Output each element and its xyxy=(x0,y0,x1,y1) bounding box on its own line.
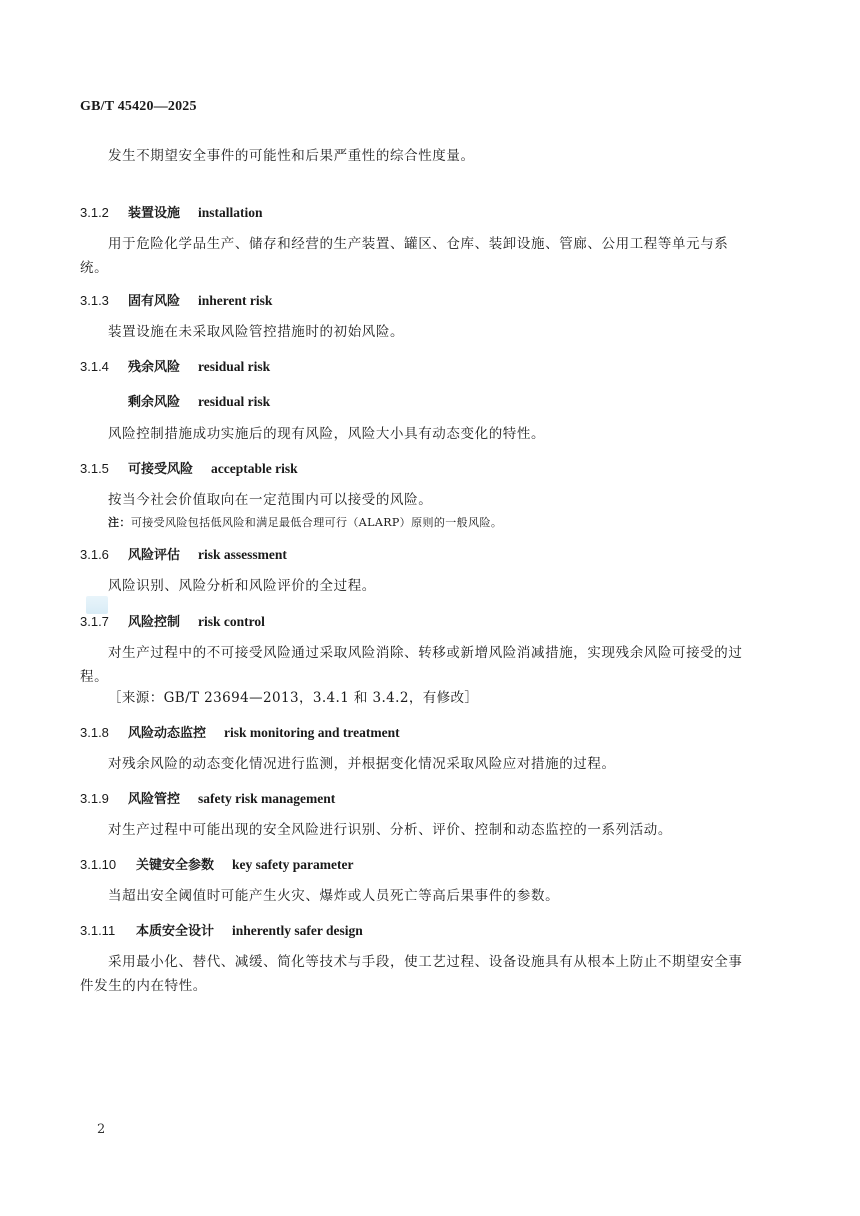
term-zh: 风险管控 xyxy=(128,788,180,807)
term-heading-3-1-10: 3.1.10关键安全参数key safety parameter xyxy=(80,854,353,873)
term-en: risk monitoring and treatment xyxy=(224,725,400,741)
term-heading-3-1-3: 3.1.3固有风险inherent risk xyxy=(80,290,272,309)
term-zh: 风险控制 xyxy=(128,611,180,630)
term-heading-3-1-4: 3.1.4残余风险residual risk xyxy=(80,356,270,375)
term-heading-3-1-6: 3.1.6风险评估risk assessment xyxy=(80,544,287,563)
term-definition-3-1-6: 风险识别、风险分析和风险评价的全过程。 xyxy=(80,574,752,598)
term-definition-3-1-5: 按当今社会价值取向在一定范围内可以接受的风险。 xyxy=(80,488,752,512)
term-alt-heading-3-1-4: 剩余风险residual risk xyxy=(128,391,270,410)
term-alt-zh: 剩余风险 xyxy=(128,391,180,410)
term-definition-3-1-11: 采用最小化、替代、减缓、简化等技术与手段，使工艺过程、设备设施具有从根本上防止不… xyxy=(80,950,752,998)
term-definition-3-1-7: 对生产过程中的不可接受风险通过采取风险消除、转移或新增风险消减措施，实现残余风险… xyxy=(80,641,752,689)
note-label: 注： xyxy=(108,516,131,529)
term-definition-3-1-2: 用于危险化学品生产、储存和经营的生产装置、罐区、仓库、装卸设施、管廊、公用工程等… xyxy=(80,232,752,280)
term-number: 3.1.5 xyxy=(80,461,128,476)
term-definition-3-1-10: 当超出安全阈值时可能产生火灾、爆炸或人员死亡等高后果事件的参数。 xyxy=(80,884,752,908)
term-en: inherent risk xyxy=(198,293,272,309)
term-number: 3.1.11 xyxy=(80,923,136,938)
term-en: key safety parameter xyxy=(232,857,353,873)
term-zh: 可接受风险 xyxy=(128,458,193,477)
term-definition-3-1-9: 对生产过程中可能出现的安全风险进行识别、分析、评价、控制和动态监控的一系列活动。 xyxy=(80,818,752,842)
term-zh: 关键安全参数 xyxy=(136,854,214,873)
term-definition-3-1-4: 风险控制措施成功实施后的现有风险，风险大小具有动态变化的特性。 xyxy=(80,422,752,446)
term-en: risk control xyxy=(198,614,265,630)
term-heading-3-1-8: 3.1.8风险动态监控risk monitoring and treatment xyxy=(80,722,400,741)
term-zh: 本质安全设计 xyxy=(136,920,214,939)
term-heading-3-1-9: 3.1.9风险管控safety risk management xyxy=(80,788,335,807)
intro-definition: 发生不期望安全事件的可能性和后果严重性的综合性度量。 xyxy=(80,144,752,168)
page-number: 2 xyxy=(97,1122,105,1137)
term-definition-3-1-8: 对残余风险的动态变化情况进行监测，并根据变化情况采取风险应对措施的过程。 xyxy=(80,752,752,776)
term-heading-3-1-7: 3.1.7风险控制risk control xyxy=(80,611,265,630)
term-definition-3-1-3: 装置设施在未采取风险管控措施时的初始风险。 xyxy=(80,320,752,344)
term-number: 3.1.6 xyxy=(80,547,128,562)
term-alt-en: residual risk xyxy=(198,394,270,410)
note-text: 可接受风险包括低风险和满足最低合理可行（ALARP）原则的一般风险。 xyxy=(131,516,502,529)
term-number: 3.1.10 xyxy=(80,857,136,872)
term-number: 3.1.7 xyxy=(80,614,128,629)
term-number: 3.1.3 xyxy=(80,293,128,308)
term-number: 3.1.2 xyxy=(80,205,128,220)
term-zh: 风险评估 xyxy=(128,544,180,563)
term-zh: 风险动态监控 xyxy=(128,722,206,741)
term-number: 3.1.4 xyxy=(80,359,128,374)
term-source-3-1-7: ［来源：GB/T 23694—2013，3.4.1 和 3.4.2，有修改］ xyxy=(80,686,478,706)
term-number: 3.1.9 xyxy=(80,791,128,806)
term-en: risk assessment xyxy=(198,547,287,563)
term-heading-3-1-2: 3.1.2装置设施installation xyxy=(80,202,263,221)
standard-code-header: GB/T 45420—2025 xyxy=(80,99,197,115)
term-zh: 残余风险 xyxy=(128,356,180,375)
term-zh: 固有风险 xyxy=(128,290,180,309)
term-zh: 装置设施 xyxy=(128,202,180,221)
term-en: acceptable risk xyxy=(211,461,298,477)
term-number: 3.1.8 xyxy=(80,725,128,740)
term-en: installation xyxy=(198,205,263,221)
watermark-logo-icon xyxy=(86,596,108,614)
term-en: residual risk xyxy=(198,359,270,375)
term-note-3-1-5: 注：可接受风险包括低风险和满足最低合理可行（ALARP）原则的一般风险。 xyxy=(108,514,502,530)
term-heading-3-1-5: 3.1.5可接受风险acceptable risk xyxy=(80,458,298,477)
term-heading-3-1-11: 3.1.11本质安全设计inherently safer design xyxy=(80,920,363,939)
term-en: safety risk management xyxy=(198,791,335,807)
term-en: inherently safer design xyxy=(232,923,363,939)
